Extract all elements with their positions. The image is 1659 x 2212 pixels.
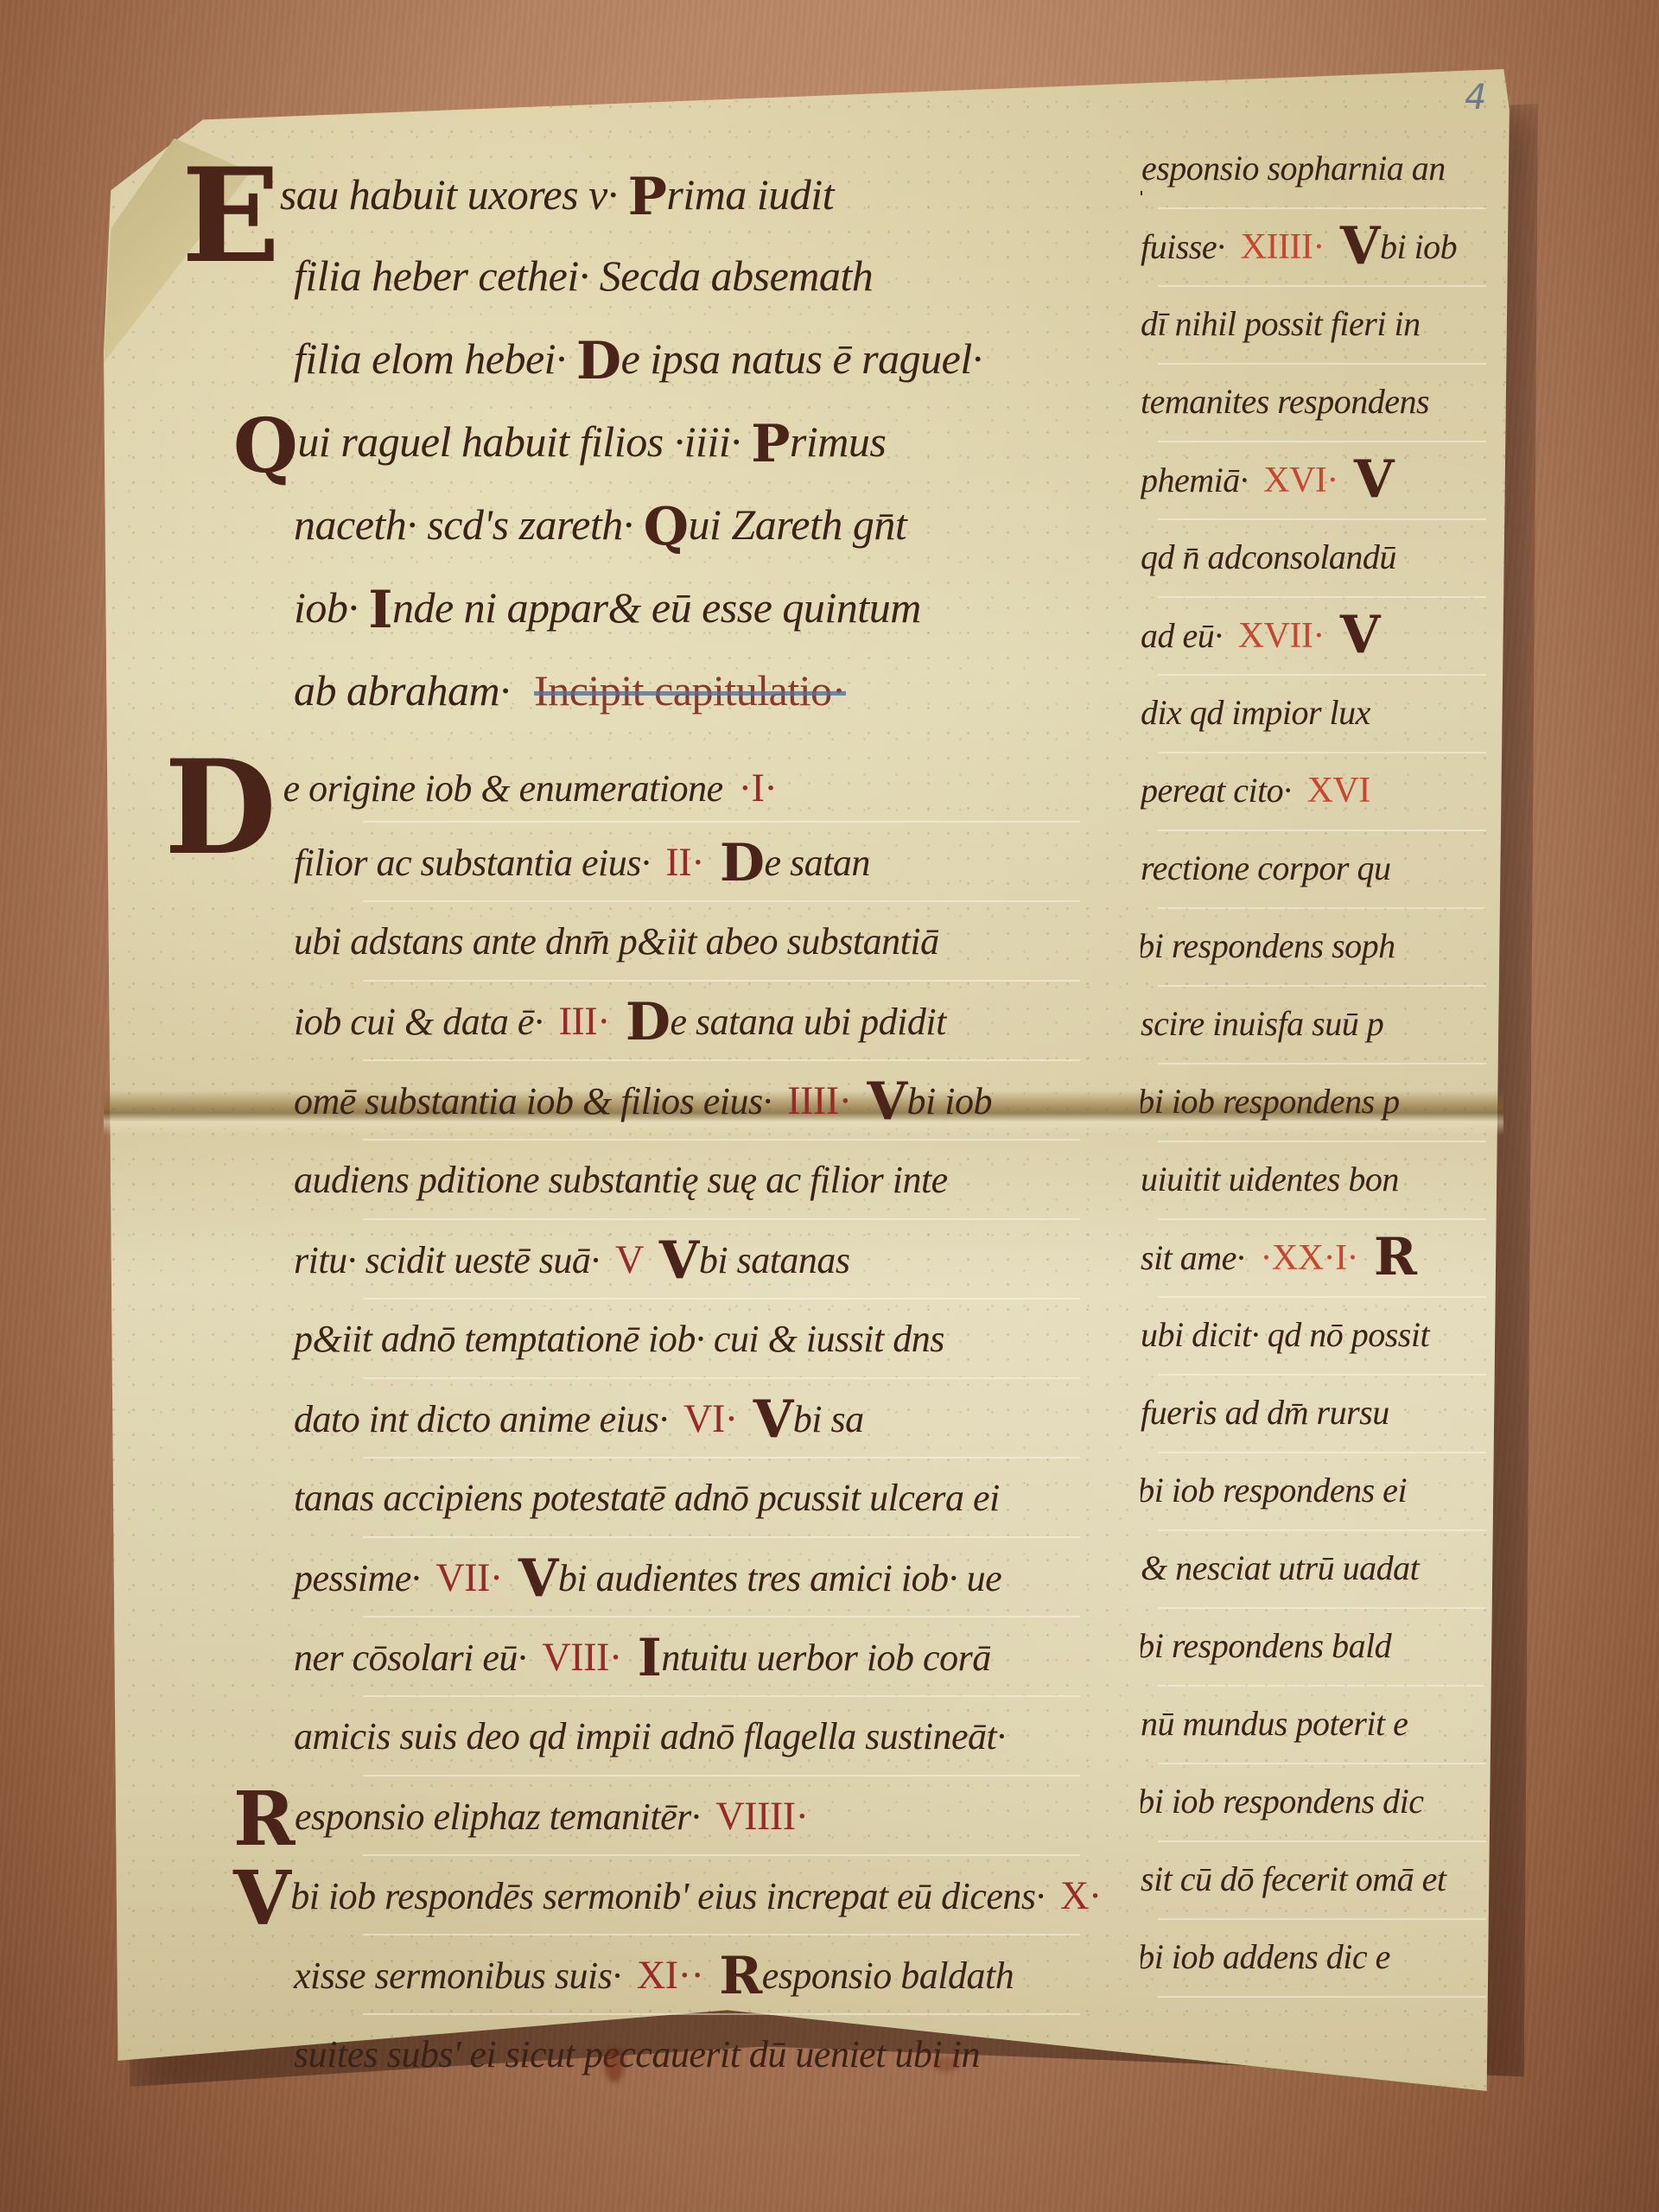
decorated-initial: R [719, 1936, 761, 2016]
line-text: bi iob [907, 1080, 992, 1122]
line-text: bi respondens soph [1141, 926, 1395, 965]
line-text: nū mundus poterit e [1141, 1704, 1408, 1743]
line-text: bi iob respondens dic [1141, 1782, 1424, 1821]
rubric-numeral: XIIII· [1241, 227, 1325, 267]
line-text: ab abraham· [294, 666, 520, 715]
rubric-numeral: XI·· [637, 1953, 704, 1997]
line-text: fuisse· [1141, 227, 1225, 266]
stain [933, 2056, 959, 2072]
line-text: ntuitu uerbor iob corā [661, 1637, 990, 1679]
line-text: rimus [790, 417, 886, 466]
manuscript-line: Vbi respondens bald [1141, 1607, 1503, 1685]
manuscript-line: Vbi iob respondens dic [1141, 1763, 1503, 1840]
rubric-numeral: XVI· [1263, 461, 1338, 500]
stain [605, 2048, 624, 2082]
manuscript-line: De origine iob & enumeratione·I· [294, 743, 1097, 823]
manuscript-line: iob cui & data ē·III·De satana ubi pdidi… [294, 982, 1097, 1061]
line-text: bi iob respondens p [1141, 1082, 1400, 1121]
line-text: tanas accipiens potestatē adnō pcussit u… [294, 1477, 1000, 1519]
line-text: sit cū dō fecerit omā et [1141, 1859, 1446, 1898]
rubric-numeral: XVII· [1238, 616, 1325, 656]
line-text: esponsio eliphaz temanitēr· [295, 1796, 700, 1838]
line-text: audiens pditione substantię suę ac filio… [294, 1159, 948, 1201]
line-text: rectione corpor qu [1141, 849, 1390, 887]
right-column: Responsio sopharnia anfuisse·XIIII·Vbi i… [1141, 130, 1503, 1996]
line-text: bi satanas [699, 1239, 850, 1281]
manuscript-line: p&iit adnō temptationē iob· cui & iussit… [294, 1300, 1097, 1379]
manuscript-line: Qui raguel habuit filios ·iiii· Primus [294, 400, 1097, 483]
manuscript-line: ner cōsolari eū·VIII·Intuitu uerbor iob … [294, 1618, 1097, 1697]
line-text: sit ame· [1141, 1238, 1244, 1277]
decorated-initial: R [1374, 1218, 1416, 1296]
line-text: sau habuit uxores v· [280, 170, 628, 219]
line-text: ui Zareth gn̄t [689, 500, 907, 549]
line-text: bi respondens bald [1141, 1626, 1391, 1665]
decorated-initial: R [233, 1783, 295, 1857]
line-text: suites subs' ei sicut peccauerit dū ueni… [294, 2033, 980, 2075]
rubric-numeral: III· [558, 999, 610, 1043]
line-text: phemiā· [1141, 461, 1248, 499]
manuscript-line: suites subs' ei sicut peccauerit dū ueni… [294, 2015, 1097, 2094]
manuscript-line: uiuitit uidentes bon [1141, 1141, 1503, 1218]
manuscript-line: ritu· scidit uestē suā·VVbi satanas [294, 1220, 1097, 1300]
line-text: bi audientes tres amici iob· ue [558, 1557, 1001, 1599]
line-text: ner cōsolari eū· [294, 1637, 526, 1679]
line-text: bi iob addens dic e [1141, 1937, 1390, 1976]
left-column-upper: Esau habuit uxores v· Prima iuditfilia h… [294, 151, 1097, 732]
line-text: e ipsa natus ē raguel· [621, 334, 982, 383]
decorated-initial: V [518, 1539, 558, 1618]
line-text: dix qd impior lux [1141, 693, 1370, 732]
line-text: filia elom hebei· [294, 334, 576, 383]
line-text: e satan [765, 842, 870, 884]
line-text: filior ac substantia eius· [294, 842, 650, 884]
rubric-numeral: X· [1060, 1873, 1102, 1917]
line-text: fueris ad dm̄ rursu [1141, 1393, 1389, 1432]
line-text: bi sa [793, 1398, 864, 1440]
manuscript-line: temanites respondens [1141, 363, 1503, 441]
line-text: & nesciat utrū uadat [1141, 1548, 1419, 1587]
line-text: bi iob respondēs sermonib' eius increpat… [290, 1875, 1045, 1917]
line-text: scire inuisfa suū p [1141, 1004, 1383, 1043]
decorated-initial: P [628, 156, 667, 238]
manuscript-line: naceth· scd's zareth· Qui Zareth gn̄t [294, 483, 1097, 566]
line-text: ubi adstans ante dnm̄ p&iit abeo substan… [294, 920, 939, 963]
rubric-numeral: ·XX·I· [1260, 1238, 1358, 1278]
manuscript-line: qd n̄ adconsolandū [1141, 518, 1503, 596]
decorated-initial: Q [644, 486, 689, 569]
manuscript-line: filior ac substantia eius·II·De satan [294, 823, 1097, 902]
line-text: rima iudit [666, 170, 834, 219]
manuscript-line: Esau habuit uxores v· Prima iudit [294, 151, 1097, 234]
decorated-initial: I [368, 569, 392, 652]
manuscript-line: ab abraham· Incipit capitulatio· [294, 649, 1097, 732]
line-text: ad eū· [1141, 616, 1223, 655]
manuscript-line: fuisse·XIIII·Vbi iob [1141, 207, 1503, 285]
decorated-initial: V [1354, 441, 1394, 518]
incipit-heading: Incipit capitulatio· [534, 666, 846, 715]
manuscript-line: Responsio sopharnia an [1141, 130, 1503, 207]
manuscript-line: ad eū·XVII·V [1141, 596, 1503, 674]
decorated-initial: V [753, 1380, 793, 1459]
line-text: pessime· [294, 1557, 420, 1599]
decorated-initial: V [659, 1221, 699, 1300]
manuscript-line: tanas accipiens potestatē adnō pcussit u… [294, 1459, 1097, 1538]
manuscript-line: pessime·VII·Vbi audientes tres amici iob… [294, 1538, 1097, 1618]
rubric-numeral: ·I· [739, 766, 778, 810]
decorated-initial: Q [233, 410, 297, 484]
decorated-initial: V [233, 1862, 290, 1936]
manuscript-line: rectione corpor qu [1141, 829, 1503, 907]
line-text: dī nihil possit fieri in [1141, 304, 1421, 343]
line-text: p&iit adnō temptationē iob· cui & iussit… [294, 1318, 944, 1360]
line-text: omē substantia iob & filios eius· [294, 1080, 772, 1122]
decorated-initial: P [751, 403, 790, 486]
manuscript-line: omē substantia iob & filios eius·IIII·Vb… [294, 1061, 1097, 1141]
manuscript-line: dato int dicto anime eius·VI·Vbi sa [294, 1379, 1097, 1459]
manuscript-line: fueris ad dm̄ rursu [1141, 1374, 1503, 1452]
line-text: uiuitit uidentes bon [1141, 1160, 1399, 1198]
manuscript-line: filia elom hebei· De ipsa natus ē raguel… [294, 317, 1097, 400]
rubric-numeral: VI· [683, 1396, 738, 1440]
line-text: pereat cito· [1141, 771, 1292, 810]
line-text: esponsio baldath [762, 1955, 1014, 1997]
decorated-initial: I [638, 1618, 662, 1698]
line-text: bi iob respondens ei [1141, 1471, 1407, 1510]
line-text: esponsio sopharnia an [1141, 149, 1446, 188]
rubric-numeral: IIII· [787, 1078, 851, 1122]
decorated-initial: V [1340, 207, 1380, 285]
line-text: ritu· scidit uestē suā· [294, 1239, 600, 1281]
manuscript-line: filia heber cethei· Secda absemath [294, 234, 1097, 317]
decorated-initial: D [720, 823, 765, 903]
manuscript-line: Vbi iob respondens p [1141, 1063, 1503, 1141]
decorated-initial: D [576, 320, 621, 403]
manuscript-line: dix qd impior lux [1141, 674, 1503, 752]
rubric-numeral: VIIII· [715, 1794, 808, 1838]
manuscript-line: scire inuisfa suū p [1141, 985, 1503, 1063]
line-text: e satana ubi pdidit [671, 1001, 946, 1043]
decorated-initial: V [867, 1062, 906, 1141]
manuscript-line: pereat cito·XVI [1141, 752, 1503, 829]
line-text: ubi dicit· qd nō possit [1141, 1315, 1429, 1354]
manuscript-line: dī nihil possit fieri in [1141, 285, 1503, 363]
manuscript-line: Vbi iob respondēs sermonib' eius increpa… [294, 1856, 1097, 1935]
line-text: qd n̄ adconsolandū [1141, 537, 1396, 576]
manuscript-line: & nesciat utrū uadat [1141, 1529, 1503, 1607]
manuscript-line: audiens pditione substantię suę ac filio… [294, 1141, 1097, 1220]
rubric-numeral: VIII· [542, 1635, 621, 1679]
manuscript-line: Vbi iob respondens ei [1141, 1452, 1503, 1529]
line-text: e origine iob & enumeratione [283, 767, 723, 810]
line-text: bi iob [1380, 227, 1457, 266]
manuscript-line: sit ame··XX·I·R [1141, 1218, 1503, 1296]
ruling-line [1158, 1996, 1486, 1998]
line-text: naceth· scd's zareth· [294, 500, 644, 549]
manuscript-line: phemiā·XVI·V [1141, 441, 1503, 518]
folio-number: 4 [1465, 78, 1486, 118]
line-text: ui raguel habuit filios ·iiii· [297, 417, 751, 466]
manuscript-line: xisse sermonibus suis·XI··Responsio bald… [294, 1935, 1097, 2015]
manuscript-line: ubi dicit· qd nō possit [1141, 1296, 1503, 1374]
illuminated-initial-d: D [164, 743, 276, 873]
decorated-initial: D [626, 982, 671, 1062]
rubric-numeral: II· [665, 840, 704, 884]
line-text: amicis suis deo qd impii adnō flagella s… [294, 1715, 1006, 1758]
manuscript-line: amicis suis deo qd impii adnō flagella s… [294, 1697, 1097, 1777]
manuscript-line: nū mundus poterit e [1141, 1685, 1503, 1763]
manuscript-line: sit cū dō fecerit omā et [1141, 1840, 1503, 1918]
line-text: dato int dicto anime eius· [294, 1398, 668, 1440]
decorated-initial: E [181, 151, 280, 281]
decorated-initial: V [1340, 596, 1380, 674]
line-text: xisse sermonibus suis· [294, 1955, 621, 1997]
manuscript-line: iob· Inde ni appar& eū esse quintum [294, 566, 1097, 649]
rubric-numeral: XVI [1307, 771, 1370, 810]
line-text: iob cui & data ē· [294, 1001, 543, 1043]
rubric-numeral: V [615, 1237, 644, 1281]
line-text: nde ni appar& eū esse quintum [392, 583, 921, 632]
line-text: temanites respondens [1141, 382, 1429, 421]
manuscript-line: Vbi respondens soph [1141, 907, 1503, 985]
line-text: filia heber cethei· Secda absemath [294, 251, 873, 300]
line-text: iob· [294, 583, 368, 632]
rubric-numeral: VII· [435, 1555, 503, 1599]
left-column-capitula: De origine iob & enumeratione·I·filior a… [294, 743, 1097, 2094]
manuscript-line: Vbi iob addens dic e [1141, 1918, 1503, 1996]
manuscript-line: ubi adstans ante dnm̄ p&iit abeo substan… [294, 902, 1097, 982]
manuscript-line: Responsio eliphaz temanitēr·VIIII· [294, 1777, 1097, 1856]
